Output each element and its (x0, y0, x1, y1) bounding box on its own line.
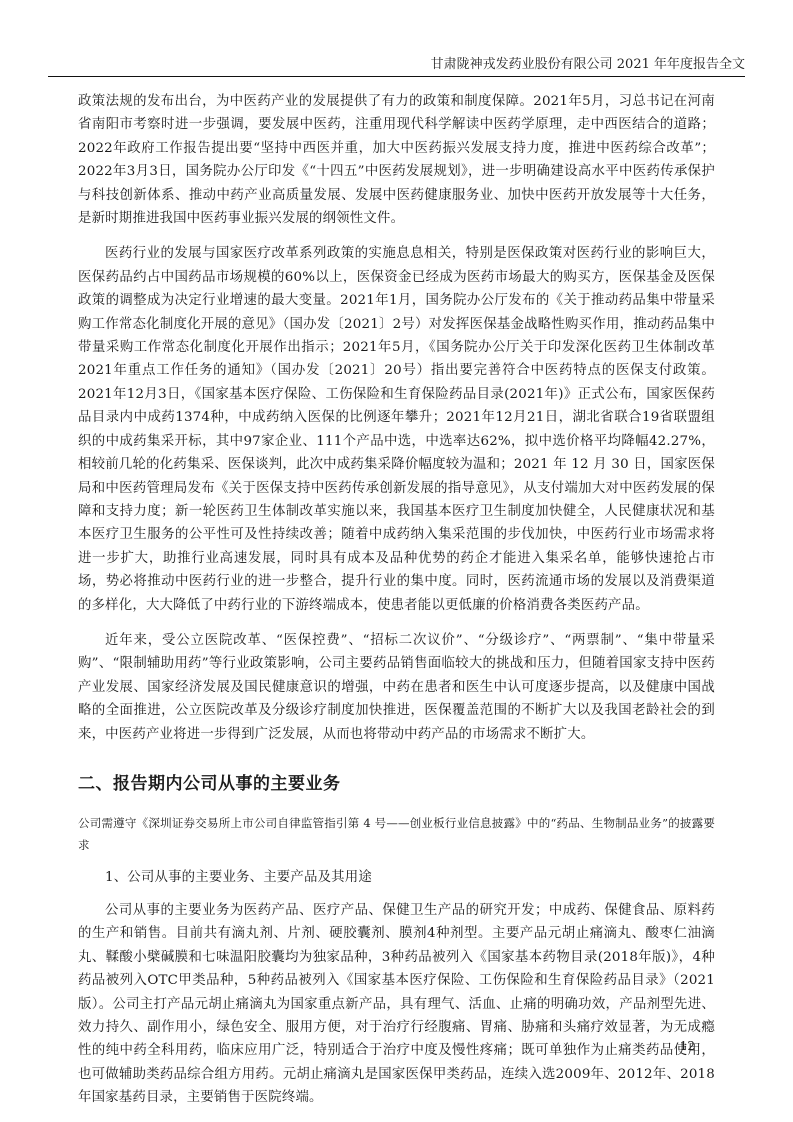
running-header: 甘肃陇神戎发药业股份有限公司 2021 年年度报告全文 (48, 56, 745, 74)
header-rule (48, 76, 745, 77)
paragraph-industry-outlook: 近年来，受公立医院改革、“医保控费”、“招标二次议价”、“分级诊疗”、“两票制”… (78, 629, 715, 746)
subsection-heading: 1、公司从事的主要业务、主要产品及其用途 (78, 866, 715, 889)
section-heading: 二、报告期内公司从事的主要业务 (78, 772, 715, 796)
paragraph-main-business: 公司从事的主要业务为医药产品、医疗产品、保健卫生产品的研究开发；中成药、保健食品… (78, 899, 715, 1110)
page-content: 政策法规的发布出台，为中医药产业的发展提供了有力的政策和制度保障。2021年5月… (78, 90, 715, 1110)
paragraph-medical-reform: 医药行业的发展与国家医疗改革系列政策的实施息息相关，特别是医保政策对医药行业的影… (78, 242, 715, 617)
page-number: 12 (680, 1039, 695, 1053)
disclosure-note: 公司需遵守《深圳证券交易所上市公司自律监管指引第 4 号——创业板行业信息披露》… (78, 812, 715, 856)
paragraph-policy-support: 政策法规的发布出台，为中医药产业的发展提供了有力的政策和制度保障。2021年5月… (78, 90, 715, 230)
